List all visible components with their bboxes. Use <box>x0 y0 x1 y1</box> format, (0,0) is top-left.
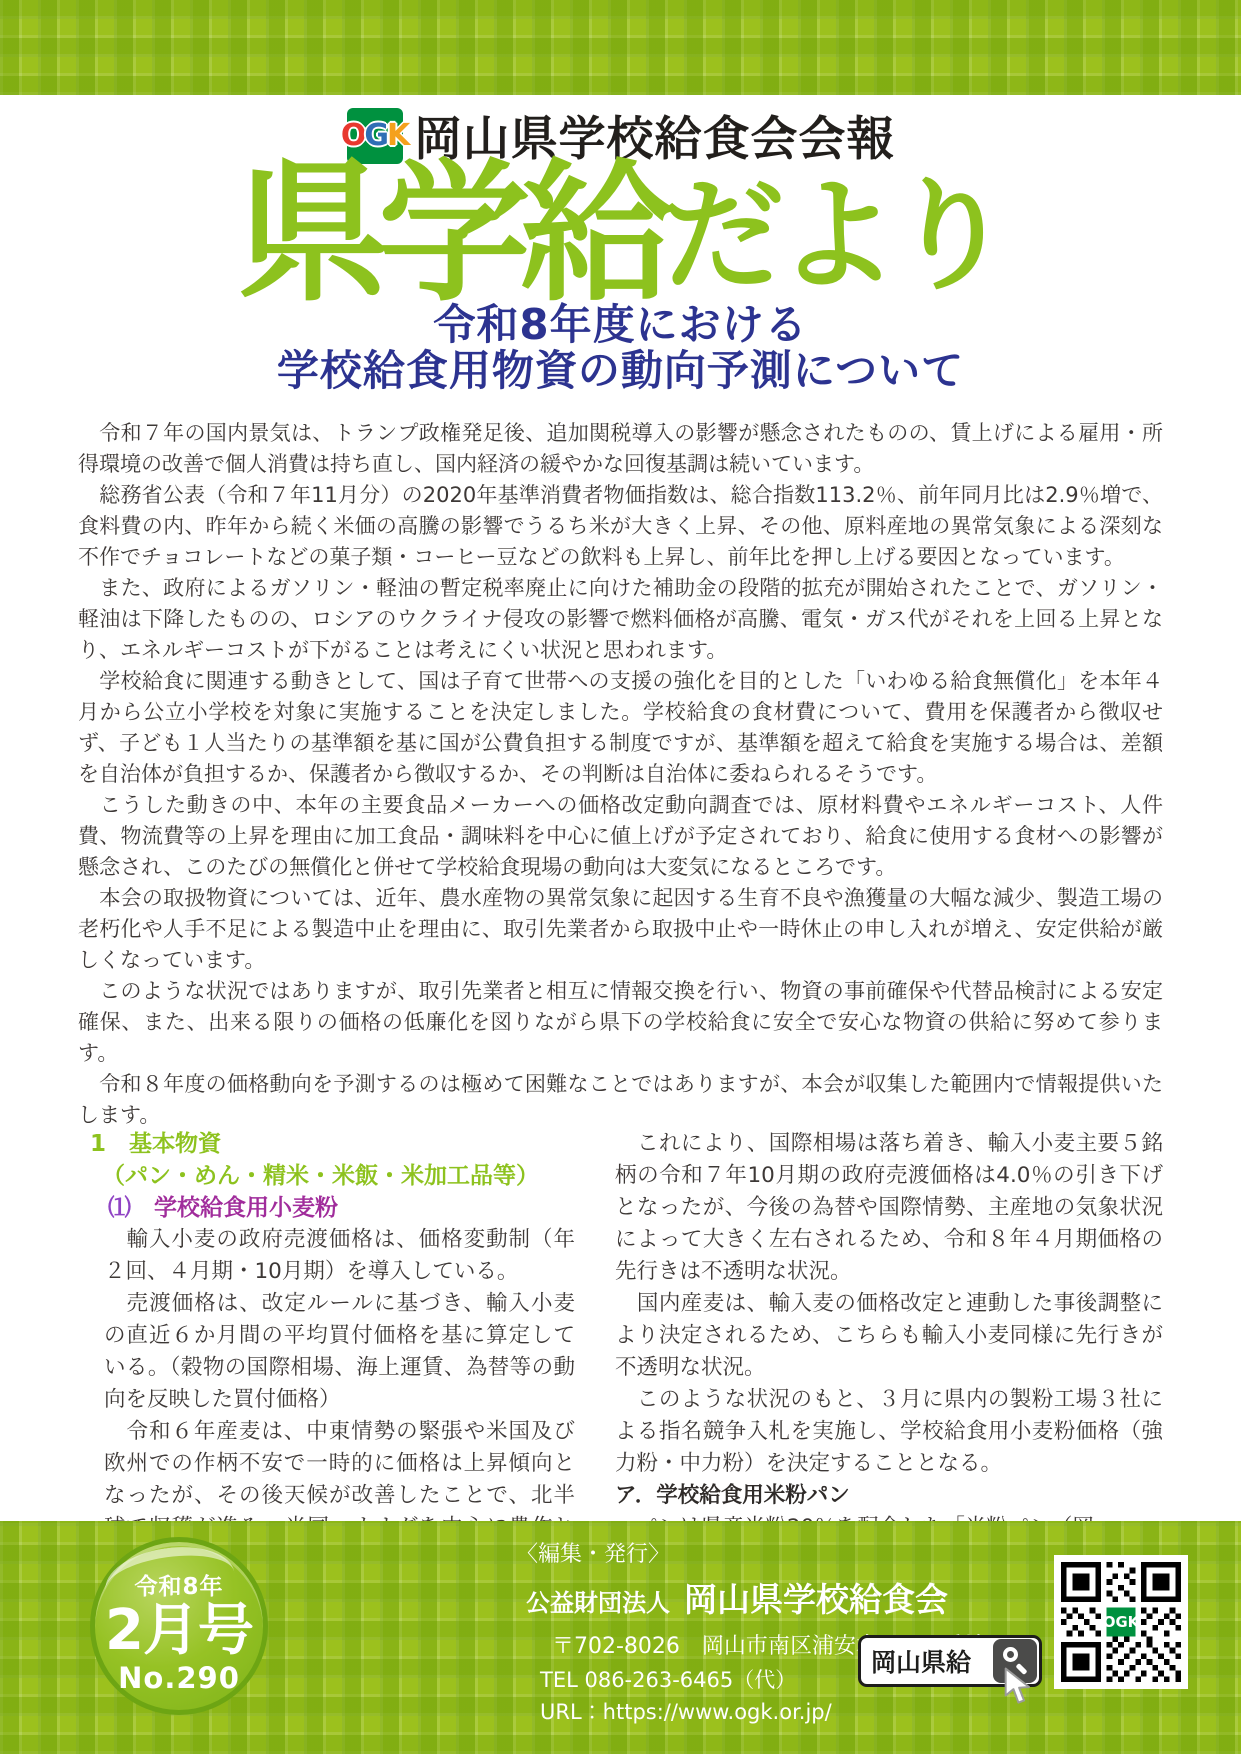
intro-paragraph: 総務省公表（令和７年11月分）の2020年基準消費者物価指数は、総合指数113.… <box>78 480 1163 573</box>
intro-paragraph: 令和７年の国内景気は、トランプ政権発足後、追加関税導入の影響が懸念されたものの、… <box>78 418 1163 480</box>
issue-month: 2月号 <box>95 1601 263 1661</box>
item-number: ⑴ <box>108 1195 131 1221</box>
intro-paragraph: また、政府によるガソリン・軽油の暫定税率廃止に向けた補助金の段階的拡充が開始され… <box>78 573 1163 666</box>
section-basic-goods: 1 基本物資 （パン・めん・精米・米飯・米加工品等） ⑴ 学校給食用小麦粉 輸入… <box>78 1128 1163 1576</box>
column-left: 1 基本物資 （パン・めん・精米・米飯・米加工品等） ⑴ 学校給食用小麦粉 輸入… <box>78 1128 575 1576</box>
column-paragraph: 輸入小麦の政府売渡価格は、価格変動制（年２回、４月期・10月期）を導入している。 <box>104 1224 575 1288</box>
edit-publish-label: 〈編集・発行〉 <box>516 1537 1029 1568</box>
intro-paragraph: 令和８年度の価格動向を予測するのは極めて困難なことではありますが、本会が収集した… <box>78 1069 1163 1131</box>
intro-body: 令和７年の国内景気は、トランプ政権発足後、追加関税導入の影響が懸念されたものの、… <box>78 418 1163 1131</box>
newsletter-page: OGK 岡山県学校給食会会報 県学給だより 令和8年度における 学校給食用物資の… <box>0 0 1241 1754</box>
column-right: これにより、国際相場は落ち着き、輸入小麦主要５銘柄の令和７年10月期の政府売渡価… <box>615 1128 1163 1576</box>
issue-year: 令和8年 <box>95 1568 263 1601</box>
org-name: 岡山県学校給食会 <box>684 1580 948 1619</box>
intro-paragraph: 本会の取扱物資については、近年、農水産物の異常気象に起因する生育不良や漁獲量の大… <box>78 883 1163 976</box>
issue-number: No.290 <box>95 1661 263 1695</box>
cursor-hand-icon <box>1000 1667 1034 1707</box>
publisher-url: URL：https://www.ogk.or.jp/ <box>540 1696 1029 1726</box>
intro-paragraph: こうした動きの中、本年の主要食品メーカーへの価格改定動向調査では、原材料費やエネ… <box>78 790 1163 883</box>
column-paragraph: 売渡価格は、改定ルールに基づき、輸入小麦の直近６か月間の平均買付価格を基に算定し… <box>104 1288 575 1416</box>
svg-text:OGK: OGK <box>1103 1613 1140 1631</box>
column-paragraph: これにより、国際相場は落ち着き、輸入小麦主要５銘柄の令和７年10月期の政府売渡価… <box>615 1128 1163 1288</box>
article-title-line2: 学校給食用物資の動向予測について <box>0 348 1241 394</box>
issue-badge: 令和8年 2月号 No.290 <box>90 1537 268 1715</box>
org-type: 公益財団法人 <box>526 1589 670 1617</box>
newsletter-title: 県学給だより <box>0 158 1241 310</box>
newsletter-title-main: 県学給 <box>237 145 663 322</box>
item-heading-label: 学校給食用小麦粉 <box>154 1195 338 1221</box>
section-number: 1 <box>90 1131 106 1157</box>
publisher-org: 公益財団法人岡山県学校給食会 <box>526 1574 1029 1621</box>
publisher-block: 〈編集・発行〉 公益財団法人岡山県学校給食会 〒702-8026 岡山市南区浦安… <box>512 1537 1029 1726</box>
footer: 令和8年 2月号 No.290 〈編集・発行〉 公益財団法人岡山県学校給食会 〒… <box>0 1521 1241 1754</box>
top-border-pattern <box>0 0 1241 95</box>
sub-item-heading: ア．学校給食用米粉パン <box>615 1480 1163 1512</box>
search-icon <box>1003 1647 1018 1662</box>
qr-code: OGK <box>1054 1555 1188 1689</box>
item-heading: ⑴ 学校給食用小麦粉 <box>108 1192 575 1224</box>
newsletter-title-kana: だより <box>663 165 1005 307</box>
section-heading: 1 基本物資 <box>90 1128 575 1160</box>
section-heading-label: 基本物資 <box>129 1131 221 1157</box>
search-query-text: 岡山県給 <box>861 1643 993 1679</box>
intro-paragraph: 学校給食に関連する動きとして、国は子育て世帯への支援の強化を目的とした「いわゆる… <box>78 666 1163 790</box>
article-title: 令和8年度における 学校給食用物資の動向予測について <box>0 302 1241 394</box>
column-paragraph: 国内産麦は、輸入麦の価格改定と連動した事後調整により決定されるため、こちらも輸入… <box>615 1288 1163 1384</box>
column-paragraph: このような状況のもと、３月に県内の製粉工場３社による指名競争入札を実施し、学校給… <box>615 1384 1163 1480</box>
article-title-line1: 令和8年度における <box>0 302 1241 348</box>
intro-paragraph: このような状況ではありますが、取引先業者と相互に情報交換を行い、物資の事前確保や… <box>78 976 1163 1069</box>
section-subheading: （パン・めん・精米・米飯・米加工品等） <box>102 1160 575 1192</box>
